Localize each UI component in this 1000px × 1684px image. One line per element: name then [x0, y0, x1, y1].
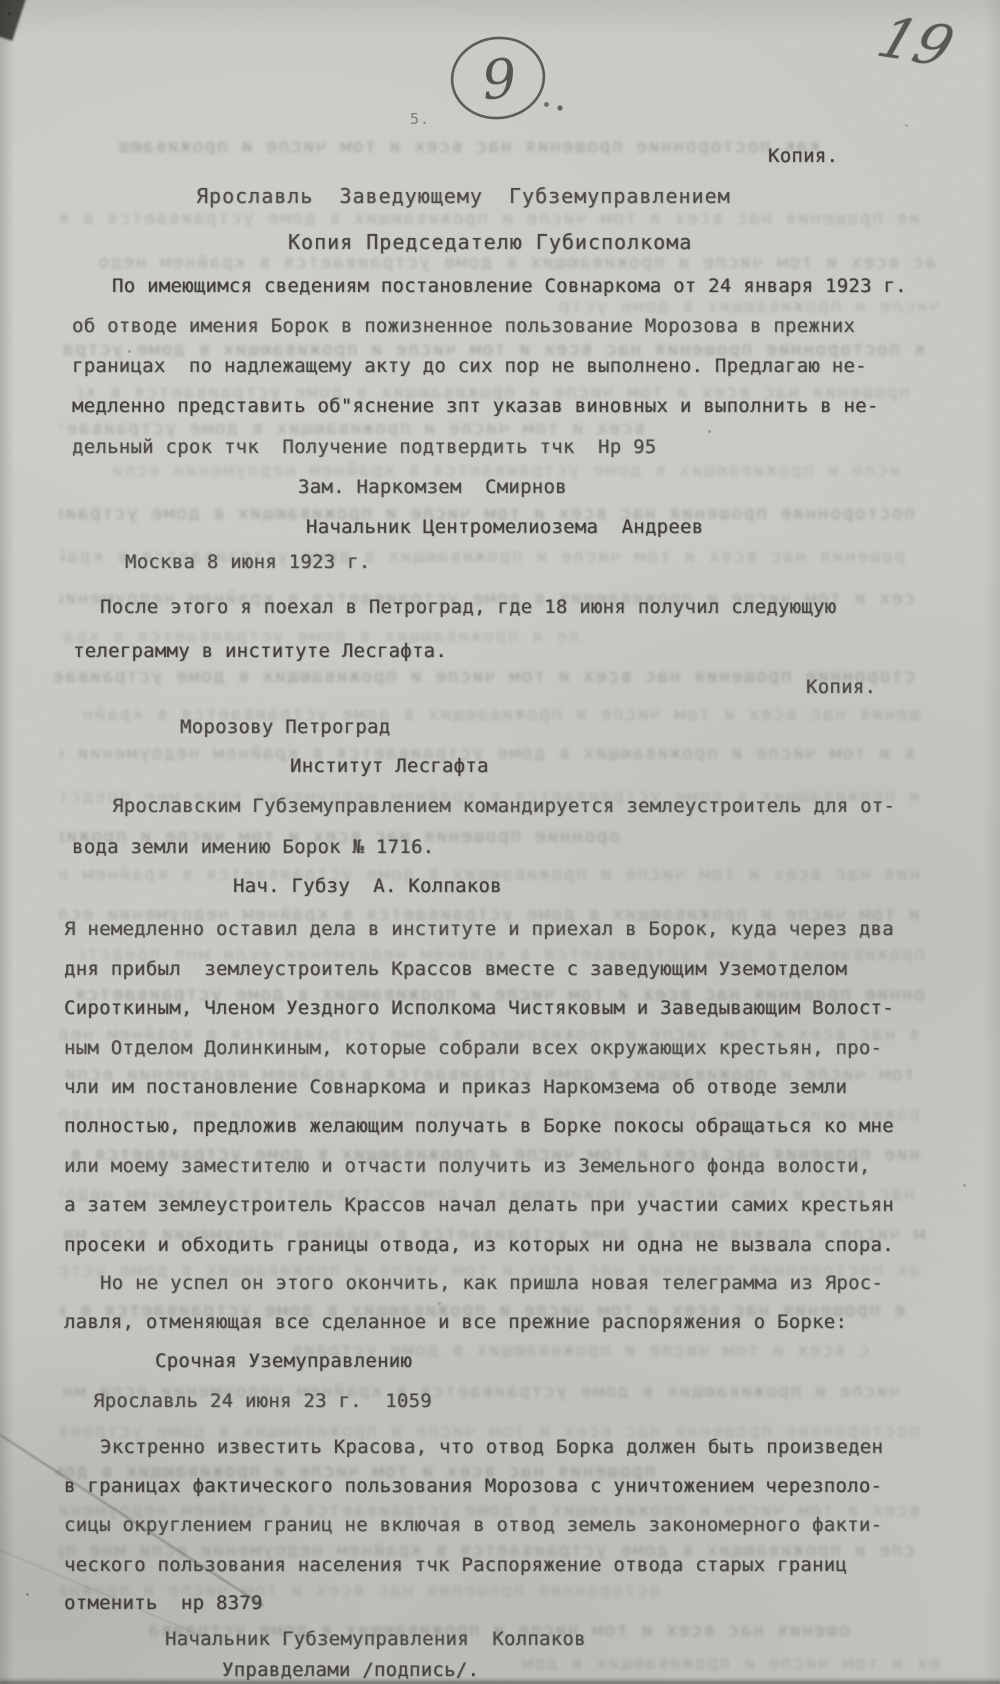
bleedthrough-line: числе и проживающих в доме устраивается … [560, 298, 940, 316]
typed-line: Начальник Губземуправления Колпаков [165, 1630, 586, 1649]
typed-line: Ярославль Заведующему Губземуправлением [196, 186, 731, 206]
typed-line: дельный срок тчк Получение подтвердить т… [72, 438, 656, 457]
typed-line: Москва 8 июня 1923 г. [125, 553, 370, 572]
typed-line: медленно представить об"яснение зпт указ… [72, 397, 879, 416]
typed-line: дня прибыл землеустроитель Крассов вмест… [64, 960, 847, 979]
pencil-dot [557, 105, 562, 110]
circled-number-glyph: 9 [479, 47, 519, 113]
typed-line: Ярославль 24 июня 23 г. 1059 [93, 1392, 432, 1411]
typed-line: отменить нр 8379 [64, 1594, 263, 1613]
document-page: как посторонние прошения нас всех и том … [0, 0, 1000, 1684]
handwritten-corner-number: 19 [870, 6, 962, 80]
typed-line: Морозову Петроград [180, 718, 390, 737]
typed-line: лавля, отменяющая все сделанное и все пр… [64, 1313, 847, 1332]
typed-line: телеграмму в институте Лесгафта. [73, 642, 447, 661]
typed-line: полностью, предложив желающим получать в… [64, 1117, 894, 1136]
typed-page-number: 5. [410, 110, 430, 128]
bleedthrough-line: ас всех и том числе и проживающих в доме… [96, 254, 936, 272]
typed-line: После этого я поехал в Петроград, где 18… [100, 598, 836, 617]
bleedthrough-line: как посторонние прошения нас всех и том … [120, 138, 820, 156]
typed-line: Зам. Наркомзем Смирнов [298, 478, 567, 497]
typed-line: об отводе имения Борок в пожизненное пол… [72, 317, 855, 336]
typed-line: чли им постановление Совнаркома и приказ… [64, 1078, 847, 1097]
typed-line: а затем землеустроитель Крассов начал де… [64, 1196, 894, 1215]
typed-line: границах по надлежащему акту до сих пор … [72, 357, 867, 376]
typed-line: Начальник Центромелиозема Андреев [306, 518, 703, 537]
typed-line: просеки и обходить границы отвода, из ко… [64, 1236, 894, 1255]
typed-line: Копия Председателю Губисполкома [288, 232, 692, 252]
bleedthrough-line: сторонние прошения нас всех и том числе … [55, 668, 915, 686]
typed-line: Экстренно известить Красова, что отвод Б… [100, 1438, 883, 1457]
handwritten-circled-number: 9 [438, 26, 578, 136]
typed-line: Но не успел он этого окончить, как пришл… [100, 1274, 883, 1293]
typed-line: Сироткиным, Членом Уездного Исполкома Чи… [64, 999, 894, 1018]
typed-line: в границах фактического пользования Моро… [64, 1477, 882, 1496]
bleedthrough-line: ие прошения нас всех и том числе и прожи… [60, 210, 920, 228]
typed-line: ческого пользования населения тчк Распор… [64, 1556, 847, 1575]
typed-line: Нач. Губзу А. Колпаков [233, 877, 502, 896]
typed-line: Ярославским Губземуправлением командируе… [112, 797, 895, 816]
typed-line: ным Отделом Долинкиным, которые собрали … [64, 1039, 882, 1058]
typed-line: Копия. [806, 678, 876, 697]
dust-specks [8, 12, 11, 15]
typed-line: Я немедленно оставил дела в институте и … [64, 920, 894, 939]
typed-line: Копия. [768, 147, 838, 166]
typed-line: По имеющимся сведениям постановление Сов… [112, 277, 907, 296]
bottom-edge-shadow [0, 1677, 1000, 1684]
typed-line: Институт Лесгафта [290, 757, 489, 776]
typed-line: Срочная Уземуправлению [155, 1352, 412, 1371]
typed-line: или моему заместителю и отчасти получить… [64, 1157, 871, 1176]
corner-dark-mark [0, 0, 26, 41]
typed-line: вода земли имению Борок № 1716. [72, 838, 434, 857]
typed-line: сицы округлением границ не включая в отв… [64, 1516, 882, 1535]
bleedthrough-line: ех и том числе и проживающих в доме устр… [520, 1655, 940, 1673]
